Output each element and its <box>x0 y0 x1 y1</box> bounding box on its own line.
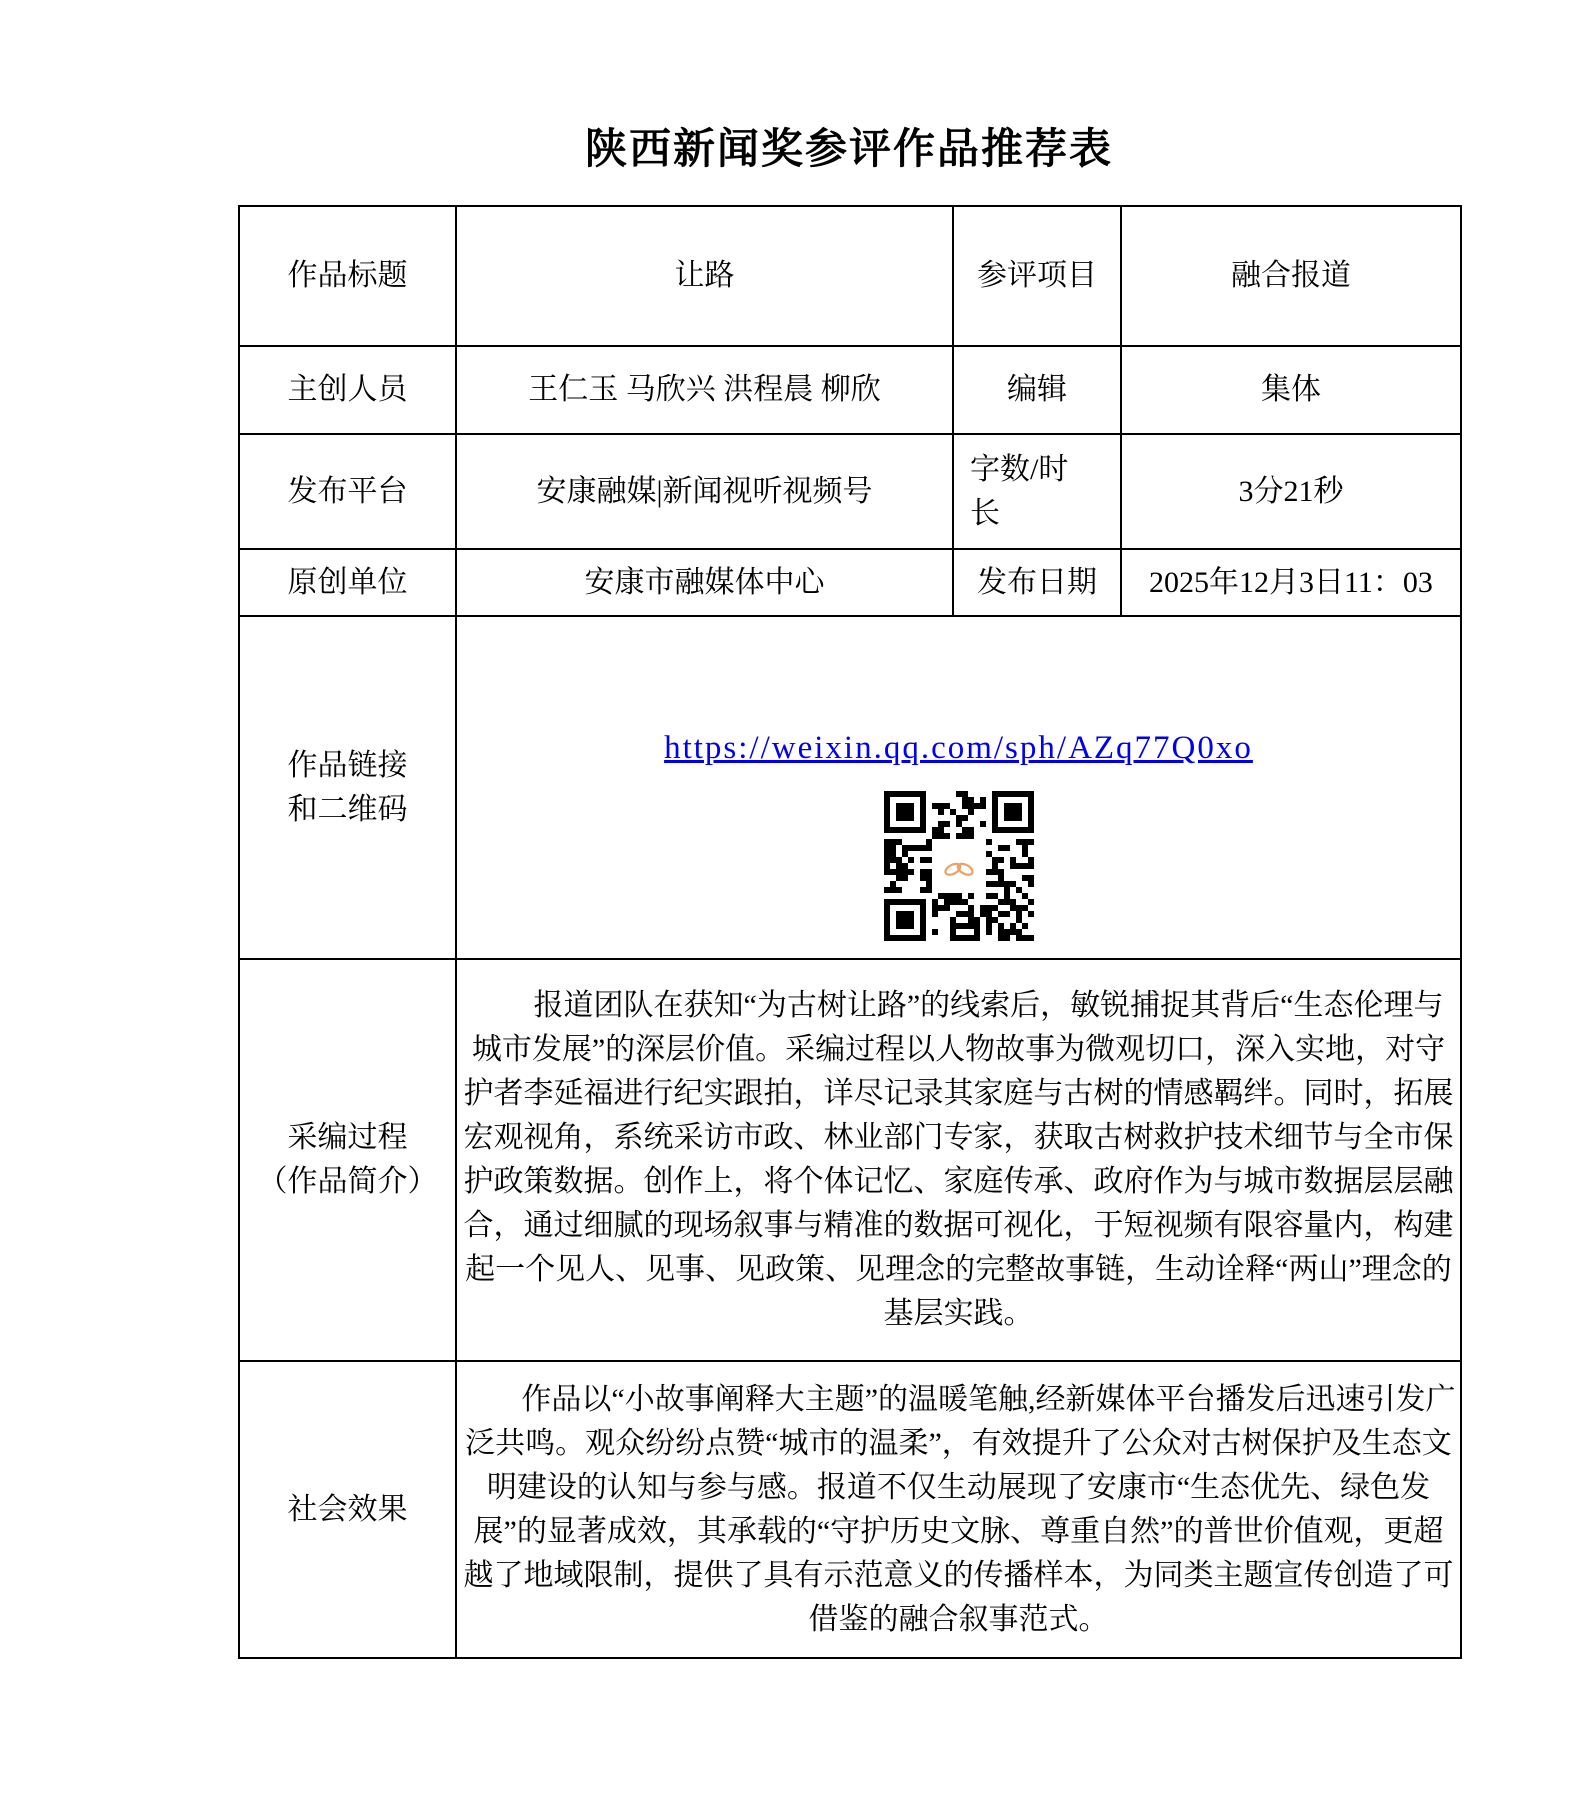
label-publish-date: 发布日期 <box>953 549 1121 616</box>
value-platform: 安康融媒|新闻视听视频号 <box>456 434 953 549</box>
label-original-unit: 原创单位 <box>239 549 456 616</box>
label-duration: 字数/时长 <box>953 434 1121 549</box>
label-entry-category: 参评项目 <box>953 206 1121 346</box>
label-process: 采编过程 （作品简介） <box>239 959 456 1361</box>
label-social-effect: 社会效果 <box>239 1361 456 1658</box>
row-creators: 主创人员 王仁玉 马欣兴 洪程晨 柳欣 编辑 集体 <box>239 346 1461 434</box>
label-work-title: 作品标题 <box>239 206 456 346</box>
label-platform: 发布平台 <box>239 434 456 549</box>
row-social-effect: 社会效果 作品以“小故事阐释大主题”的温暖笔触,经新媒体平台播发后迅速引发广泛共… <box>239 1361 1461 1658</box>
value-entry-category: 融合报道 <box>1121 206 1461 346</box>
value-social-effect-text: 作品以“小故事阐释大主题”的温暖笔触,经新媒体平台播发后迅速引发广泛共鸣。观众纷… <box>456 1361 1461 1658</box>
value-publish-date: 2025年12月3日11：03 <box>1121 549 1461 616</box>
label-duration-text: 字数/时长 <box>970 448 1088 536</box>
value-process-text: 报道团队在获知“为古树让路”的线索后，敏锐捕捉其背后“生态伦理与城市发展”的深层… <box>456 959 1461 1361</box>
value-creators: 王仁玉 马欣兴 洪程晨 柳欣 <box>456 346 953 434</box>
row-platform: 发布平台 安康融媒|新闻视听视频号 字数/时长 3分21秒 <box>239 434 1461 549</box>
recommendation-table: 作品标题 让路 参评项目 融合报道 主创人员 王仁玉 马欣兴 洪程晨 柳欣 编辑… <box>238 205 1462 1659</box>
label-process-line1: 采编过程 <box>244 1116 451 1160</box>
row-process: 采编过程 （作品简介） 报道团队在获知“为古树让路”的线索后，敏锐捕捉其背后“生… <box>239 959 1461 1361</box>
value-work-title: 让路 <box>456 206 953 346</box>
cell-link-qr: https://weixin.qq.com/sph/AZq77Q0xo <box>456 616 1461 959</box>
work-link[interactable]: https://weixin.qq.com/sph/AZq77Q0xo <box>664 730 1253 766</box>
row-link-qr: 作品链接 和二维码 https://weixin.qq.com/sph/AZq7… <box>239 616 1461 959</box>
value-editor: 集体 <box>1121 346 1461 434</box>
value-duration: 3分21秒 <box>1121 434 1461 549</box>
label-process-line2: （作品简介） <box>244 1160 451 1204</box>
form-title: 陕西新闻奖参评作品推荐表 <box>238 116 1460 176</box>
document-page: 陕西新闻奖参评作品推荐表 作品标题 让路 参评项目 融合报道 主创人员 王仁玉 … <box>0 0 1587 1805</box>
work-link-line: https://weixin.qq.com/sph/AZq77Q0xo <box>461 726 1456 771</box>
label-editor: 编辑 <box>953 346 1121 434</box>
label-creators: 主创人员 <box>239 346 456 434</box>
row-original-unit: 原创单位 安康市融媒体中心 发布日期 2025年12月3日11：03 <box>239 549 1461 616</box>
row-work-title: 作品标题 让路 参评项目 融合报道 <box>239 206 1461 346</box>
qr-code <box>884 791 1034 941</box>
label-link-qr-line2: 和二维码 <box>244 788 451 832</box>
value-original-unit: 安康市融媒体中心 <box>456 549 953 616</box>
label-link-qr-line1: 作品链接 <box>244 744 451 788</box>
label-link-qr: 作品链接 和二维码 <box>239 616 456 959</box>
